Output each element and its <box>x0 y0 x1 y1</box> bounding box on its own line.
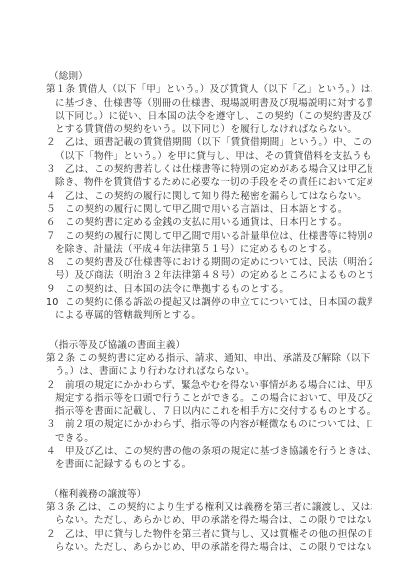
clause-number: ９ <box>46 283 65 296</box>
clause-number: ５ <box>46 203 65 216</box>
article-number: 第１条 <box>46 83 78 96</box>
article-paragraph: 第２条この契約書に定める指示、請求、通知、申出、承諾及び解除（以下「指示等」とい… <box>46 352 372 379</box>
paragraph-first-line: ２乙は、頭書記載の賃貸借期間（以下「賃貸借期間」という。）中、この賃貸借の目的物 <box>46 136 372 149</box>
clause-paragraph: ３乙は、この契約書若しくは仕様書等に特別の定めがある場合又は甲乙協議がある場合を… <box>46 163 372 190</box>
paragraph-continuation-line: に基づき、仕様書等（別冊の仕様書、現場説明書及び現場説明に対する質問回答書をいう… <box>46 97 372 110</box>
section-heading: （総則） <box>46 70 372 83</box>
paragraph-continuation-line: 規定する指示等を口頭で行うことができる。この場合において、甲及び乙は、既に行った <box>46 392 372 405</box>
clause-number: ６ <box>46 216 65 229</box>
clause-number: ４ <box>46 445 65 458</box>
section-heading: （権利義務の譲渡等） <box>46 488 372 501</box>
article-number: 第３条 <box>46 501 78 514</box>
paragraph-continuation-line: （以下「物件」という。）を甲に貸与し、甲は、その賃貸借料を支払うものとする。 <box>46 150 372 163</box>
document-page: （総則）第１条賃借人（以下「甲」という。）及び賃貸人（以下「乙」という。）は、こ… <box>0 0 410 580</box>
paragraph-continuation-line: とする賃貸借の契約をいう。以下同じ）を履行しなければならない。 <box>46 123 372 136</box>
contract-body: （総則）第１条賃借人（以下「甲」という。）及び賃貸人（以下「乙」という。）は、こ… <box>46 70 372 554</box>
line-text: 賃借人（以下「甲」という。）及び賃貸人（以下「乙」という。）は、この契約書 <box>78 84 372 95</box>
line-text: この契約の履行に関して甲乙間で用いる言語は、日本語とする。 <box>65 204 348 215</box>
paragraph-continuation-line: を除き、計量法（平成４年法律第５１号）に定めるものとする。 <box>46 243 372 256</box>
article-number: 第２条 <box>46 352 78 365</box>
article-paragraph: 第３条乙は、この契約により生ずる権利又は義務を第三者に譲渡し、又は承継させてはな… <box>46 501 372 528</box>
clause-number: ３ <box>46 163 65 176</box>
line-text: 前２項の規定にかかわらず、指示等の内容が軽微なものについては、口頭で行うことが <box>65 419 372 430</box>
line-text: 前項の規定にかかわらず、緊急やむを得ない事情がある場合には、甲及び乙は、前項に <box>65 380 372 391</box>
paragraph-first-line: ７この契約の履行に関して甲乙間で用いる計量単位は、仕様書等に特別の定めがある場合 <box>46 230 372 243</box>
paragraph-continuation-line: を書面に記録するものとする。 <box>46 458 372 471</box>
paragraph-continuation-line: による専属的管轄裁判所とする。 <box>46 309 372 322</box>
paragraph-first-line: ９この契約は、日本国の法令に準拠するものとする。 <box>46 283 372 296</box>
paragraph-continuation-line: 除き、物件を賃貸借するために必要な一切の手段をその責任において定めるものとする。 <box>46 176 372 189</box>
clause-paragraph: ２乙は、甲に貸与した物件を第三者に貸与し、又は質権その他の担保の目的に供してはな… <box>46 528 372 555</box>
clause-paragraph: 10この契約に係る訴訟の提起又は調停の申立てについては、日本国の裁判所をもって合… <box>46 296 372 323</box>
clause-paragraph: ５この契約の履行に関して甲乙間で用いる言語は、日本語とする。 <box>46 203 372 216</box>
clause-paragraph: ８この契約書及び仕様書等における期間の定めについては、民法（明治２９年法律第８９… <box>46 256 372 283</box>
paragraph-continuation-line: らない。ただし、あらかじめ、甲の承諾を得た場合は、この限りではない。 <box>46 514 372 527</box>
clause-number: ２ <box>46 379 65 392</box>
line-text: 乙は、頭書記載の賃貸借期間（以下「賃貸借期間」という。）中、この賃貸借の目的物 <box>65 137 372 148</box>
paragraph-first-line: ３乙は、この契約書若しくは仕様書等に特別の定めがある場合又は甲乙協議がある場合を <box>46 163 372 176</box>
clause-paragraph: ７この契約の履行に関して甲乙間で用いる計量単位は、仕様書等に特別の定めがある場合… <box>46 230 372 257</box>
paragraph-first-line: ２乙は、甲に貸与した物件を第三者に貸与し、又は質権その他の担保の目的に供してはな <box>46 528 372 541</box>
paragraph-continuation-line: 指示等を書面に記載し、７日以内にこれを相手方に交付するものとする。 <box>46 405 372 418</box>
clause-paragraph: ２前項の規定にかかわらず、緊急やむを得ない事情がある場合には、甲及び乙は、前項に… <box>46 379 372 419</box>
clause-number: ７ <box>46 230 65 243</box>
clause-number: ３ <box>46 418 65 431</box>
line-text: この契約書及び仕様書等における期間の定めについては、民法（明治２９年法律第８９ <box>65 257 372 268</box>
line-text: 乙は、甲に貸与した物件を第三者に貸与し、又は質権その他の担保の目的に供してはな <box>65 529 372 540</box>
line-text: この契約の履行に関して甲乙間で用いる計量単位は、仕様書等に特別の定めがある場合 <box>65 231 372 242</box>
clause-paragraph: ６この契約書に定める金銭の支払に用いる通貨は、日本円とする。 <box>46 216 372 229</box>
line-text: 甲及び乙は、この契約書の他の条項の規定に基づき協議を行うときは、当該協議の内容 <box>65 446 372 457</box>
clause-number: ２ <box>46 528 65 541</box>
line-text: この契約書に定める金銭の支払に用いる通貨は、日本円とする。 <box>65 217 348 228</box>
line-text: 乙は、この契約書若しくは仕様書等に特別の定めがある場合又は甲乙協議がある場合を <box>65 164 372 175</box>
paragraph-first-line: 第３条乙は、この契約により生ずる権利又は義務を第三者に譲渡し、又は承継させてはな <box>46 501 372 514</box>
paragraph-first-line: 第２条この契約書に定める指示、請求、通知、申出、承諾及び解除（以下「指示等」とい <box>46 352 372 365</box>
line-text: この契約書に定める指示、請求、通知、申出、承諾及び解除（以下「指示等」とい <box>78 353 372 364</box>
clause-number: 10 <box>46 296 65 309</box>
paragraph-first-line: 10この契約に係る訴訟の提起又は調停の申立てについては、日本国の裁判所をもって合… <box>46 296 372 309</box>
clause-paragraph: ３前２項の規定にかかわらず、指示等の内容が軽微なものについては、口頭で行うことが… <box>46 418 372 445</box>
clause-paragraph: ４乙は、この契約の履行に関して知り得た秘密を漏らしてはならない。 <box>46 190 372 203</box>
section-spacer <box>46 472 372 488</box>
clause-paragraph: ９この契約は、日本国の法令に準拠するものとする。 <box>46 283 372 296</box>
paragraph-first-line: ４甲及び乙は、この契約書の他の条項の規定に基づき協議を行うときは、当該協議の内容 <box>46 445 372 458</box>
clause-paragraph: ２乙は、頭書記載の賃貸借期間（以下「賃貸借期間」という。）中、この賃貸借の目的物… <box>46 136 372 163</box>
paragraph-first-line: ２前項の規定にかかわらず、緊急やむを得ない事情がある場合には、甲及び乙は、前項に <box>46 379 372 392</box>
clause-number: ２ <box>46 136 65 149</box>
article-paragraph: 第１条賃借人（以下「甲」という。）及び賃貸人（以下「乙」という。）は、この契約書… <box>46 83 372 136</box>
section-spacer <box>46 323 372 339</box>
paragraph-first-line: ６この契約書に定める金銭の支払に用いる通貨は、日本円とする。 <box>46 216 372 229</box>
paragraph-continuation-line: らない。ただし、あらかじめ、甲の承諾を得た場合は、この限りではない。 <box>46 541 372 554</box>
paragraph-first-line: ８この契約書及び仕様書等における期間の定めについては、民法（明治２９年法律第８９ <box>46 256 372 269</box>
paragraph-first-line: ３前２項の規定にかかわらず、指示等の内容が軽微なものについては、口頭で行うことが <box>46 418 372 431</box>
section-heading: （指示等及び協議の書面主義） <box>46 339 372 352</box>
clause-paragraph: ４甲及び乙は、この契約書の他の条項の規定に基づき協議を行うときは、当該協議の内容… <box>46 445 372 472</box>
line-text: この契約は、日本国の法令に準拠するものとする。 <box>65 284 289 295</box>
paragraph-first-line: ５この契約の履行に関して甲乙間で用いる言語は、日本語とする。 <box>46 203 372 216</box>
clause-number: ８ <box>46 256 65 269</box>
line-text: 乙は、この契約により生ずる権利又は義務を第三者に譲渡し、又は承継させてはな <box>78 502 372 513</box>
paragraph-continuation-line: 以下同じ。）に従い、日本国の法令を遵守し、この契約（この契約書及び仕様書等を内容 <box>46 110 372 123</box>
paragraph-continuation-line: 号）及び商法（明治３２年法律第４８号）の定めるところによるものとする。 <box>46 269 372 282</box>
line-text: この契約に係る訴訟の提起又は調停の申立てについては、日本国の裁判所をもって合意 <box>65 297 372 308</box>
paragraph-first-line: 第１条賃借人（以下「甲」という。）及び賃貸人（以下「乙」という。）は、この契約書 <box>46 83 372 96</box>
clause-number: ４ <box>46 190 65 203</box>
paragraph-first-line: ４乙は、この契約の履行に関して知り得た秘密を漏らしてはならない。 <box>46 190 372 203</box>
line-text: 乙は、この契約の履行に関して知り得た秘密を漏らしてはならない。 <box>65 191 367 202</box>
paragraph-continuation-line: う。）は、書面により行わなければならない。 <box>46 365 372 378</box>
paragraph-continuation-line: できる。 <box>46 432 372 445</box>
